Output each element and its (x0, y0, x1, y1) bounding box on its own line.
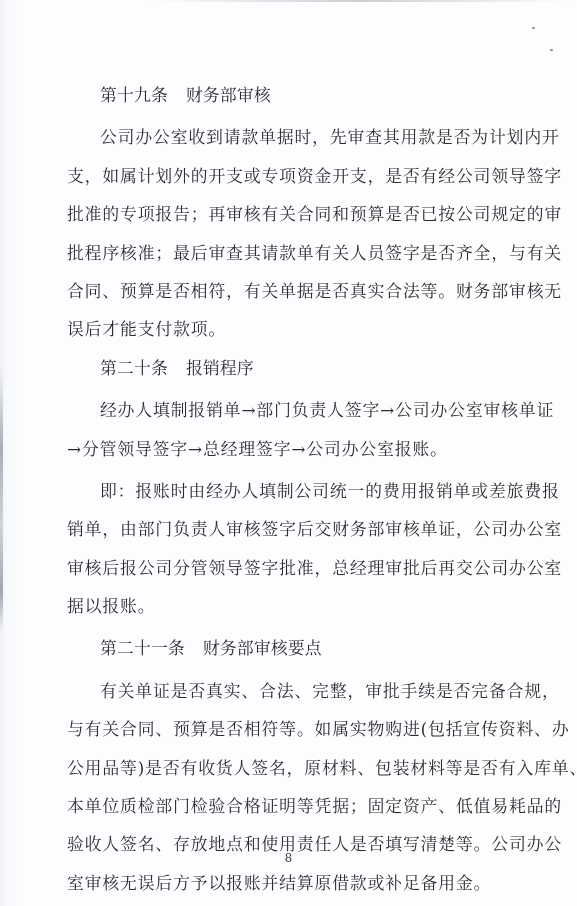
text-line: 经办人填制报销单→部门负责人签字→公司办公室审核单证 (67, 391, 515, 429)
article-number: 第二十一条 (100, 638, 185, 658)
text-line: →分管领导签字→总经理签字→公司办公室报账。 (67, 430, 515, 468)
text-line: 支，如属计划外的开支或专项资金开支，是否有经公司领导签字 (67, 157, 515, 195)
scanned-page: 第十九条财务部审核 公司办公室收到请款单据时，先审查其用款是否为计划内开 支，如… (0, 0, 577, 906)
article-title: 财务部审核 (186, 85, 271, 105)
text-line: 合同、预算是否相符，有关单据是否真实合法等。财务部审核无 (67, 272, 515, 310)
scan-edge-shadow (0, 370, 3, 630)
paragraph: 有关单证是否真实、合法、完整，审批手续是否完备合规， 与有关合同、预算是否相符等… (67, 672, 515, 902)
article-heading: 第二十条报销程序 (67, 349, 515, 387)
text-line: 有关单证是否真实、合法、完整，审批手续是否完备合规， (67, 672, 515, 710)
text-line: 与有关合同、预算是否相符等。如属实物购进(包括宣传资料、办 (67, 710, 515, 748)
page-number: 8 (0, 851, 577, 865)
article-number: 第十九条 (100, 85, 168, 105)
paragraph: 公司办公室收到请款单据时，先审查其用款是否为计划内开 支，如属计划外的开支或专项… (67, 118, 515, 348)
text-line: 本单位质检部门检验合格证明等凭据；固定资产、低值易耗品的 (67, 787, 515, 825)
text-line: 销单，由部门负责人审核签字后交财务部审核单证，公司办公室 (67, 510, 515, 548)
scan-speck (550, 49, 553, 51)
paragraph: 即：报账时由经办人填制公司统一的费用报销单或差旅费报 销单，由部门负责人审核签字… (67, 472, 515, 626)
scan-speck (532, 27, 535, 29)
paragraph: 经办人填制报销单→部门负责人签字→公司办公室审核单证 →分管领导签字→总经理签字… (67, 391, 515, 468)
article-title: 报销程序 (186, 358, 254, 378)
text-line: 公用品等)是否有收货人签名，原材料、包装材料等是否有入库单、 (67, 749, 515, 787)
text-line: 批准的专项报告；再审核有关合同和预算是否已按公司规定的审 (67, 195, 515, 233)
article-number: 第二十条 (100, 358, 168, 378)
text-line: 批程序核准；最后审查其请款单有关人员签字是否齐全，与有关 (67, 234, 515, 272)
text-line: 据以报账。 (67, 587, 515, 625)
document-body: 第十九条财务部审核 公司办公室收到请款单据时，先审查其用款是否为计划内开 支，如… (67, 76, 515, 902)
text-line: 即：报账时由经办人填制公司统一的费用报销单或差旅费报 (67, 472, 515, 510)
text-line: 误后才能支付款项。 (67, 310, 515, 348)
text-line: 室审核无误后方予以报账并结算原借款或补足备用金。 (67, 864, 515, 902)
text-line: 公司办公室收到请款单据时，先审查其用款是否为计划内开 (67, 118, 515, 156)
article-heading: 第二十一条财务部审核要点 (67, 629, 515, 667)
scan-top-shadow (150, 0, 570, 2)
article-heading: 第十九条财务部审核 (67, 76, 515, 114)
article-title: 财务部审核要点 (203, 638, 322, 658)
text-line: 审核后报公司分管领导签字批准，总经理审批后再交公司办公室 (67, 549, 515, 587)
